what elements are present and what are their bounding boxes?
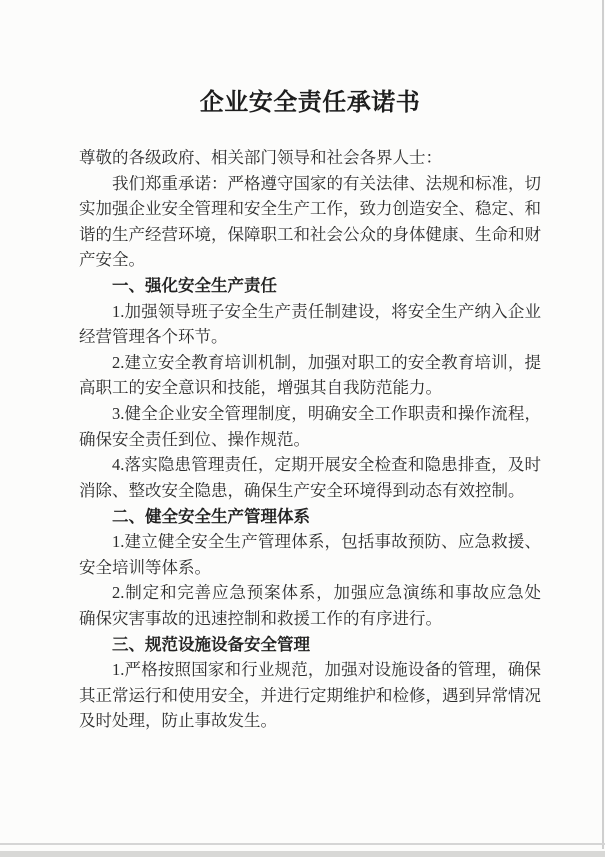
- document-body: 尊敬的各级政府、相关部门领导和社会各界人士：我们郑重承诺：严格遵守国家的有关法律…: [79, 145, 541, 734]
- text-line: 尊敬的各级政府、相关部门领导和社会各界人士：: [79, 145, 541, 171]
- text-line: 经营管理各个环节。: [79, 324, 541, 350]
- text-line: 产安全。: [79, 247, 541, 273]
- text-line: 2.制定和完善应急预案体系，加强应急演练和事故应急处置，: [79, 580, 541, 606]
- section-heading: 三、规范设施设备安全管理: [79, 632, 541, 658]
- page: 企业安全责任承诺书 尊敬的各级政府、相关部门领导和社会各界人士：我们郑重承诺：严…: [0, 0, 605, 857]
- text-line: 其正常运行和使用安全，并进行定期维护和检修，遇到异常情况: [79, 683, 541, 709]
- text-line: 安全培训等体系。: [79, 555, 541, 581]
- text-line: 1.严格按照国家和行业规范，加强对设施设备的管理，确保: [79, 657, 541, 683]
- text-line: 谐的生产经营环境，保障职工和社会公众的身体健康、生命和财: [79, 222, 541, 248]
- text-line: 4.落实隐患管理责任，定期开展安全检查和隐患排查，及时: [79, 452, 541, 478]
- text-line: 3.健全企业安全管理制度，明确安全工作职责和操作流程，: [79, 401, 541, 427]
- section-heading: 一、强化安全生产责任: [79, 273, 541, 299]
- document-title: 企业安全责任承诺书: [79, 88, 541, 118]
- text-line: 1.加强领导班子安全生产责任制建设，将安全生产纳入企业: [79, 299, 541, 325]
- text-line: 确保安全责任到位、操作规范。: [79, 427, 541, 453]
- text-line: 实加强企业安全管理和安全生产工作，致力创造安全、稳定、和: [79, 196, 541, 222]
- text-line: 及时处理，防止事故发生。: [79, 708, 541, 734]
- page-edge-bottom: [0, 843, 605, 845]
- text-line: 我们郑重承诺：严格遵守国家的有关法律、法规和标准，切: [79, 171, 541, 197]
- text-line: 高职工的安全意识和技能，增强其自我防范能力。: [79, 375, 541, 401]
- page-edge-right: [602, 0, 604, 849]
- text-line: 2.建立安全教育培训机制，加强对职工的安全教育培训，提: [79, 350, 541, 376]
- text-line: 确保灾害事故的迅速控制和救援工作的有序进行。: [79, 606, 541, 632]
- text-line: 1.建立健全安全生产管理体系，包括事故预防、应急救援、: [79, 529, 541, 555]
- section-heading: 二、健全安全生产管理体系: [79, 504, 541, 530]
- text-line: 消除、整改安全隐患，确保生产安全环境得到动态有效控制。: [79, 478, 541, 504]
- page-bottom-strip: [0, 851, 605, 857]
